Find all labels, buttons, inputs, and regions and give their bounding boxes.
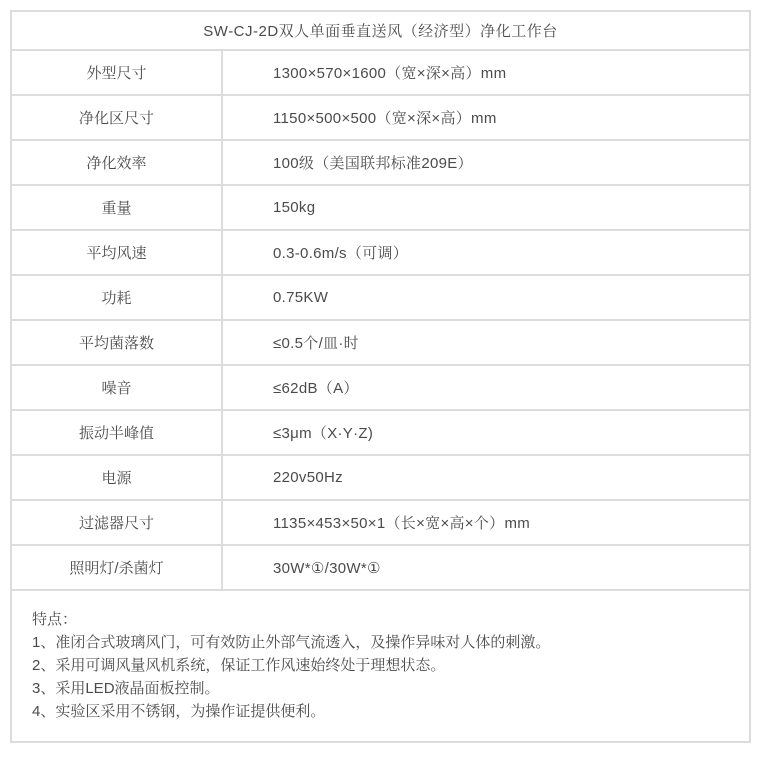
spec-value: 1150×500×500（宽×深×高）mm <box>223 96 749 139</box>
spec-value: 220v50Hz <box>223 456 749 499</box>
spec-value: 30W*①/30W*① <box>223 546 749 589</box>
spec-label: 净化区尺寸 <box>12 96 223 139</box>
table-row: 重量 150kg <box>12 186 749 231</box>
features-heading: 特点： <box>32 608 731 631</box>
spec-label: 振动半峰值 <box>12 411 223 454</box>
spec-value: ≤0.5个/皿·时 <box>223 321 749 364</box>
spec-value: 1135×453×50×1（长×宽×高×个）mm <box>223 501 749 544</box>
spec-label: 净化效率 <box>12 141 223 184</box>
spec-label: 平均风速 <box>12 231 223 274</box>
table-row: 平均菌落数 ≤0.5个/皿·时 <box>12 321 749 366</box>
spec-label: 重量 <box>12 186 223 229</box>
feature-item: 3、采用LED液晶面板控制。 <box>32 677 731 700</box>
table-row: 平均风速 0.3-0.6m/s（可调） <box>12 231 749 276</box>
table-row: 噪音 ≤62dB（A） <box>12 366 749 411</box>
table-row: 过滤器尺寸 1135×453×50×1（长×宽×高×个）mm <box>12 501 749 546</box>
spec-label: 平均菌落数 <box>12 321 223 364</box>
spec-label: 功耗 <box>12 276 223 319</box>
spec-label: 照明灯/杀菌灯 <box>12 546 223 589</box>
spec-label: 过滤器尺寸 <box>12 501 223 544</box>
spec-label: 噪音 <box>12 366 223 409</box>
table-row: 振动半峰值 ≤3μm（X·Y·Z) <box>12 411 749 456</box>
spec-value: 0.3-0.6m/s（可调） <box>223 231 749 274</box>
spec-label: 电源 <box>12 456 223 499</box>
feature-item: 4、实验区采用不锈钢，为操作证提供便利。 <box>32 700 731 723</box>
product-title: SW-CJ-2D双人单面垂直送风（经济型）净化工作台 <box>12 12 749 51</box>
spec-value: 100级（美国联邦标准209E） <box>223 141 749 184</box>
spec-value: 1300×570×1600（宽×深×高）mm <box>223 51 749 94</box>
table-row: 净化区尺寸 1150×500×500（宽×深×高）mm <box>12 96 749 141</box>
table-row: 外型尺寸 1300×570×1600（宽×深×高）mm <box>12 51 749 96</box>
table-row: 照明灯/杀菌灯 30W*①/30W*① <box>12 546 749 591</box>
table-row: 电源 220v50Hz <box>12 456 749 501</box>
spec-value: ≤3μm（X·Y·Z) <box>223 411 749 454</box>
spec-value: ≤62dB（A） <box>223 366 749 409</box>
spec-sheet-panel: SW-CJ-2D双人单面垂直送风（经济型）净化工作台 外型尺寸 1300×570… <box>10 10 751 743</box>
table-row: 功耗 0.75KW <box>12 276 749 321</box>
spec-label: 外型尺寸 <box>12 51 223 94</box>
table-row: 净化效率 100级（美国联邦标准209E） <box>12 141 749 186</box>
spec-value: 150kg <box>223 186 749 229</box>
spec-value: 0.75KW <box>223 276 749 319</box>
feature-item: 1、准闭合式玻璃风门，可有效防止外部气流透入，及操作异味对人体的刺激。 <box>32 631 731 654</box>
feature-item: 2、采用可调风量风机系统，保证工作风速始终处于理想状态。 <box>32 654 731 677</box>
features-section: 特点： 1、准闭合式玻璃风门，可有效防止外部气流透入，及操作异味对人体的刺激。 … <box>12 591 749 741</box>
